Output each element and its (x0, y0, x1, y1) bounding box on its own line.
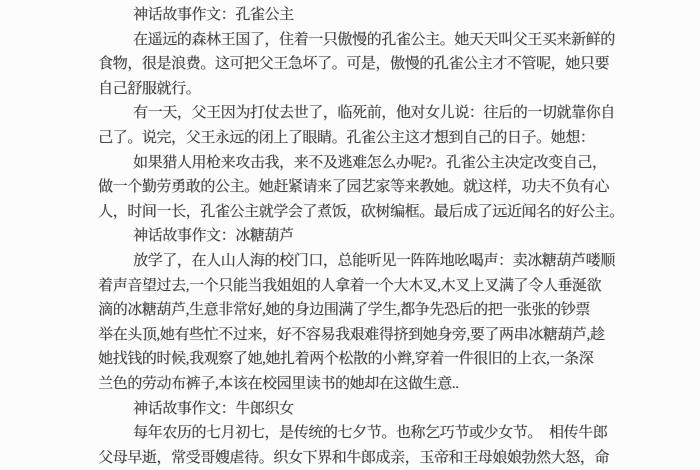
text-line: 举在头顶,她有些忙不过来，好不容易我艰难得挤到她身旁,要了两串冰糖葫芦,趁 (98, 323, 618, 348)
text-line: 己了。说完，父王永远的闭上了眼睛。孔雀公主这才想到自己的日子。她想： (98, 126, 618, 151)
section-title: 神话故事作文：冰糖葫芦 (98, 224, 618, 249)
essay-text-block: 神话故事作文：孔雀公主在遥远的森林王国了，住着一只傲慢的孔雀公主。她天天叫父王买… (98, 3, 618, 470)
text-line: 放学了，在人山人海的校门口，总能听见一阵阵地吆喝声：卖冰糖葫芦喽顺 (98, 249, 618, 274)
document-page: 神话故事作文：孔雀公主在遥远的森林王国了，住着一只傲慢的孔雀公主。她天天叫父王买… (0, 0, 700, 470)
text-line: 食物，很是浪费。这可把父王急坏了。可是，傲慢的孔雀公主才不管呢，她只要 (98, 52, 618, 77)
text-line: 她找钱的时候,我观察了她,她扎着两个松散的小辫,穿着一件很旧的上衣,一条深 (98, 347, 618, 372)
text-line: 人，时间一长，孔雀公主就学会了煮饭，砍树编框。最后成了远近闻名的好公主。 (98, 200, 618, 225)
text-line: 有一天，父王因为打仗去世了，临死前，他对女儿说：往后的一切就靠你自 (98, 101, 618, 126)
text-line: 父母早逝，常受哥嫂虐待。织女下界和牛郎成亲，玉帝和王母娘娘勃然大怒，命 (98, 446, 618, 470)
text-line: 自己舒服就行。 (98, 77, 618, 102)
text-line: 兰色的劳动布裤子,本该在校园里读书的她却在这做生意.. (98, 372, 618, 397)
text-line: 每年农历的七月初七，是传统的七夕节。也称乞巧节或少女节。 相传牛郎 (98, 421, 618, 446)
text-line: 着声音望过去,一个只能当我姐姐的人拿着一个大木叉,木叉上叉满了令人垂涎欲 (98, 274, 618, 299)
text-line: 滴的冰糖葫芦,生意非常好,她的身边围满了学生,都争先恐后的把一张张的钞票 (98, 298, 618, 323)
text-line: 如果猎人用枪来攻击我，来不及逃难怎么办呢?。孔雀公主决定改变自己， (98, 151, 618, 176)
section-title: 神话故事作文：牛郎织女 (98, 397, 618, 422)
section-title: 神话故事作文：孔雀公主 (98, 3, 618, 28)
text-line: 做一个勤劳勇敢的公主。她赶紧请来了园艺家等来教她。就这样，功夫不负有心 (98, 175, 618, 200)
text-line: 在遥远的森林王国了，住着一只傲慢的孔雀公主。她天天叫父王买来新鲜的 (98, 28, 618, 53)
